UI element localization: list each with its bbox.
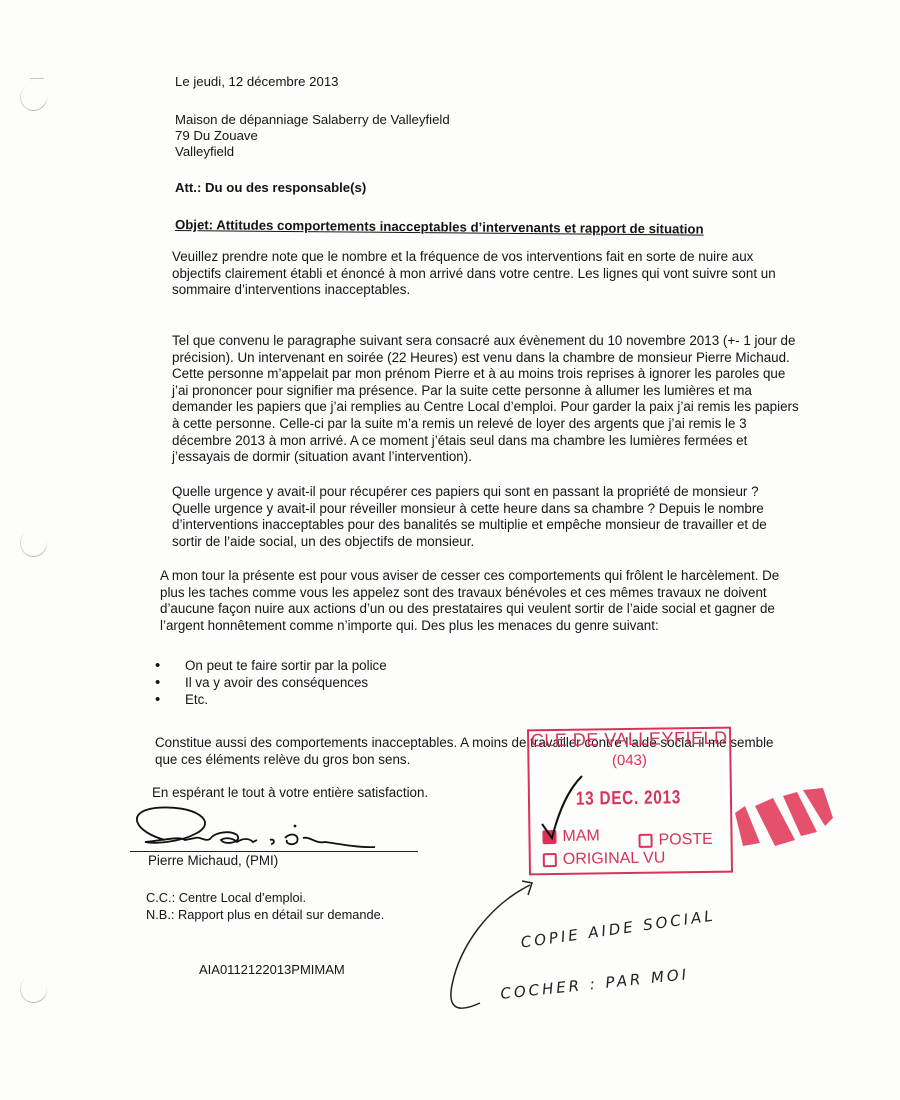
hole-punch-mark [16, 526, 51, 561]
margin-mark [30, 78, 44, 79]
scanned-letter-page: Le jeudi, 12 décembre 2013 Maison de dép… [0, 0, 900, 1100]
list-item: On peut te faire sortir par la police [155, 657, 387, 674]
recipient-city: Valleyfield [175, 144, 234, 160]
signature-name: Pierre Michaud, (PMI) [148, 853, 278, 869]
handwritten-checkmark-icon [538, 772, 588, 852]
text-line: Quelle urgence y avait-il pour récupérer… [172, 484, 812, 501]
signature-icon [125, 802, 425, 857]
text-line: décembre 2013 à mon arrivé. A ce moment … [172, 433, 812, 450]
text-line: Quelle urgence y avait-il pour réveiller… [172, 501, 812, 518]
closing-line: En espérant le tout à votre entière sati… [152, 785, 428, 801]
cc-line: C.C.: Centre Local d’emploi. [146, 890, 306, 906]
text-line: Cette personne m’appelait par mon prénom… [172, 366, 812, 383]
text-line: j’ai prononcer pour signifier ma présenc… [172, 383, 812, 400]
text-line: l’argent honnêtement comme n’importe qui… [160, 618, 820, 635]
list-item: Etc. [155, 691, 387, 708]
nb-line: N.B.: Rapport plus en détail sur demande… [146, 907, 384, 923]
stamp-office: CLE DE VALLEYFIELD [529, 728, 729, 752]
checkbox-icon [638, 834, 652, 848]
reference-code: AIA0112122013PMIMAM [199, 962, 345, 977]
signature-line [130, 851, 418, 852]
paragraph-intro: Veuillez prendre note que le nombre et l… [172, 249, 812, 299]
text-line: demander les papiers que j’ai remplies a… [172, 399, 812, 416]
recipient-name: Maison de dépanniage Salaberry de Valley… [175, 112, 450, 128]
stamp-date: 13 DEC. 2013 [576, 787, 681, 810]
text-line: Veuillez prendre note que le nombre et l… [172, 249, 812, 266]
subject-line: Objet: Attitudes comportements inaccepta… [175, 217, 704, 238]
text-line: plus les taches comme vous les appelez s… [160, 585, 820, 602]
letter-date: Le jeudi, 12 décembre 2013 [175, 74, 339, 90]
text-line: Tel que convenu le paragraphe suivant se… [172, 333, 812, 350]
stamp-option-original-vu: ORIGINAL VU [543, 850, 666, 870]
text-line: sortir de l’aide social, un des objectif… [172, 534, 812, 551]
option-label: POSTE [658, 831, 712, 850]
text-line: j’essayais de dormir (situation avant l’… [172, 449, 812, 466]
text-line: d’aucune façon nuire aux actions d’un ou… [160, 601, 820, 618]
recipient-street: 79 Du Zouave [175, 128, 258, 144]
threats-list: On peut te faire sortir par la police Il… [155, 657, 387, 708]
red-stamp-smudge-icon [735, 788, 835, 848]
hole-punch-mark [16, 972, 51, 1007]
text-line: à cette personne. Celle-ci par la suite … [172, 416, 812, 433]
paragraph-incident: Tel que convenu le paragraphe suivant se… [172, 333, 812, 466]
handwritten-arrow-icon [440, 875, 560, 1025]
hole-punch-mark [16, 80, 51, 115]
text-line: précision). Un intervenant en soirée (22… [172, 350, 812, 367]
paragraph-warning: A mon tour la présente est pour vous avi… [160, 568, 820, 634]
stamp-code: (043) [529, 751, 729, 771]
stamp-option-poste: POSTE [638, 831, 712, 850]
checkbox-icon [543, 853, 557, 867]
list-item: Il va y avoir des conséquences [155, 674, 387, 691]
text-line: objectifs clairement établi et énoncé à … [172, 266, 812, 283]
text-line: A mon tour la présente est pour vous avi… [160, 568, 820, 585]
attention-line: Att.: Du ou des responsable(s) [175, 180, 366, 196]
paragraph-questions: Quelle urgence y avait-il pour récupérer… [172, 484, 812, 550]
text-line: sommaire d’interventions inacceptables. [172, 282, 812, 299]
text-line: d’interventions inacceptables pour des b… [172, 517, 812, 534]
option-label: ORIGINAL VU [563, 850, 666, 869]
